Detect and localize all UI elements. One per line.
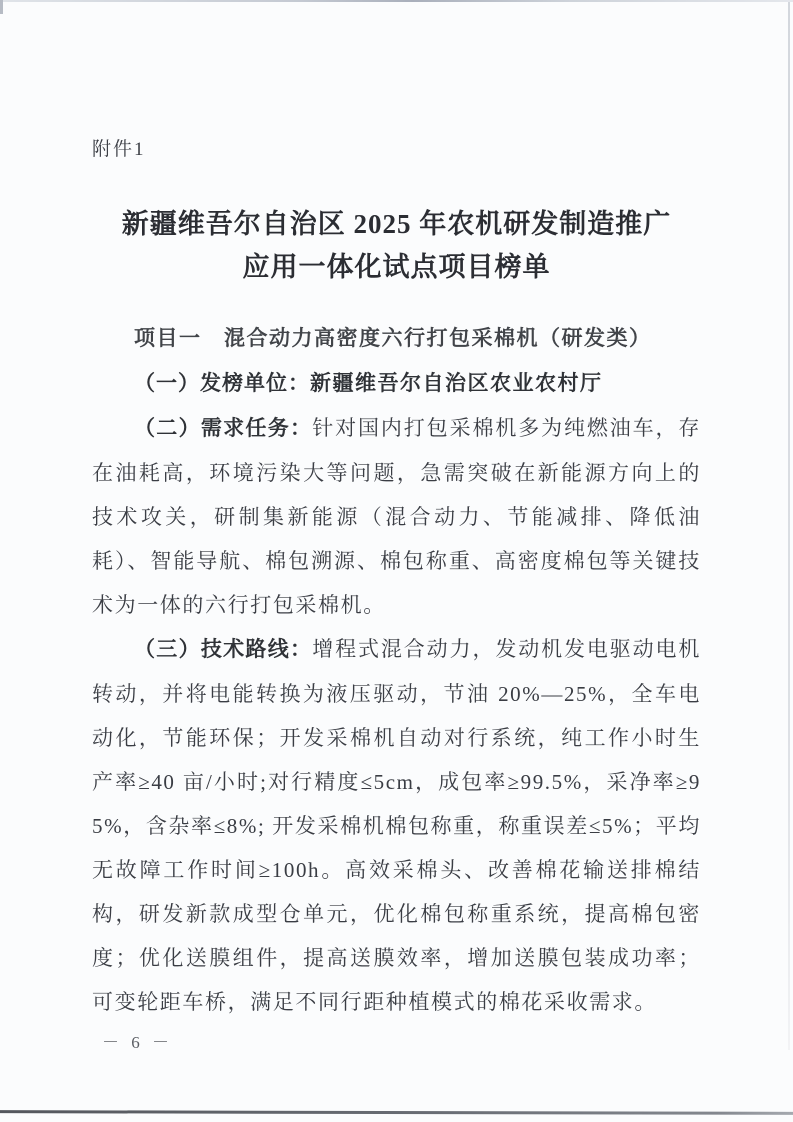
document-title-line1: 新疆维吾尔自治区 2025 年农机研发制造推广 bbox=[122, 209, 672, 239]
attachment-label: 附件1 bbox=[92, 134, 701, 161]
document-title-line2: 应用一体化试点项目榜单 bbox=[243, 252, 551, 282]
paragraph-demand-task: （二）需求任务：针对国内打包采棉机多为纯燃油车，存在油耗高，环境污染大等问题，急… bbox=[92, 406, 701, 627]
scan-artifact-bottom-edge bbox=[0, 1110, 793, 1115]
paragraph-technical-route: （三）技术路线：增程式混合动力，发动机发电驱动电机转动，并将电能转换为液压驱动，… bbox=[92, 627, 701, 1024]
demand-task-label: （二）需求任务： bbox=[134, 417, 312, 440]
issuing-unit-value: 新疆维吾尔自治区农业农村厅 bbox=[310, 372, 603, 395]
demand-task-text: 针对国内打包采棉机多为纯燃油车，存在油耗高，环境污染大等问题，急需突破在新能源方… bbox=[92, 416, 701, 617]
paragraph-issuing-unit: （一）发榜单位：新疆维吾尔自治区农业农村厅 bbox=[92, 361, 701, 406]
document-content: 附件1 新疆维吾尔自治区 2025 年农机研发制造推广 应用一体化试点项目榜单 … bbox=[0, 0, 793, 1024]
scan-artifact-right-edge bbox=[788, 2, 790, 1050]
section-heading-project-one: 项目一 混合动力高密度六行打包采棉机（研发类） bbox=[92, 317, 701, 361]
page-number: － 6 － bbox=[102, 1028, 173, 1053]
scanned-document-page: 附件1 新疆维吾尔自治区 2025 年农机研发制造推广 应用一体化试点项目榜单 … bbox=[0, 0, 793, 1122]
scan-artifact-top-left-corner bbox=[0, 0, 3, 14]
issuing-unit-label: （一）发榜单位： bbox=[134, 372, 310, 395]
technical-route-label: （三）技术路线： bbox=[134, 638, 312, 661]
technical-route-text: 增程式混合动力，发动机发电驱动电机转动，并将电能转换为液压驱动，节油 20%—2… bbox=[92, 637, 701, 1014]
document-title: 新疆维吾尔自治区 2025 年农机研发制造推广 应用一体化试点项目榜单 bbox=[92, 203, 701, 289]
scan-artifact-top-edge bbox=[0, 0, 793, 2]
